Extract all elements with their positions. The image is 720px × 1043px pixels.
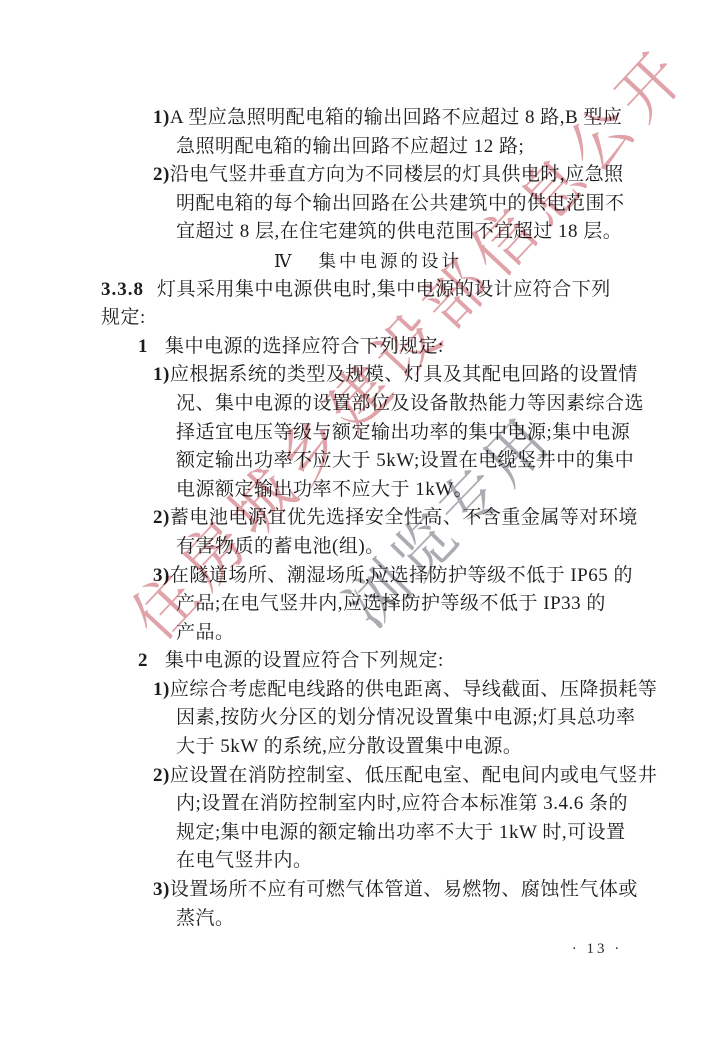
page-number: · 13 · [552, 941, 642, 958]
doc-line: 况、集中电源的设置部位及设备散热能力等因素综合选 [0, 390, 720, 419]
line-text: 在隧道场所、潮湿场所,应选择防护等级不低于 IP65 的 [170, 565, 633, 586]
line-text: 集中电源的设置应符合下列规定: [165, 650, 444, 671]
line-text: 规定;集中电源的额定输出功率不大于 1kW 时,可设置 [176, 822, 626, 843]
line-text: 应综合考虑配电线路的供电距离、导线截面、压降损耗等 [170, 679, 658, 700]
doc-line: 电源额定输出功率不应大于 1kW。 [0, 476, 720, 505]
doc-line: 宜超过 8 层,在住宅建筑的供电范围不宜超过 18 层。 [0, 218, 720, 247]
doc-line: 产品;在电气竖井内,应选择防护等级不低于 IP33 的 [0, 590, 720, 619]
line-text: 应设置在消防控制室、低压配电室、配电间内或电气竖井 [170, 765, 658, 786]
line-text: 因素,按防火分区的划分情况设置集中电源;灯具总功率 [176, 707, 636, 728]
line-text: 明配电箱的每个输出回路在公共建筑中的供电范围不 [176, 193, 625, 214]
doc-line: 3)在隧道场所、潮湿场所,应选择防护等级不低于 IP65 的 [0, 562, 720, 591]
line-number-label: 3) [153, 565, 170, 586]
doc-line: 规定: [0, 304, 720, 333]
doc-line: 内;设置在消防控制室内时,应符合本标准第 3.4.6 条的 [0, 790, 720, 819]
standard-document-page: 1)A 型应急照明配电箱的输出回路不应超过 8 路,B 型应急照明配电箱的输出回… [0, 0, 720, 1043]
doc-line: 额定输出功率不应大于 5kW;设置在电缆竖井中的集中 [0, 447, 720, 476]
line-number-label: 3.3.8 [101, 279, 144, 300]
line-text: 沿电气竖井垂直方向为不同楼层的灯具供电时,应急照 [170, 164, 624, 185]
line-text: 择适宜电压等级与额定输出功率的集中电源;集中电源 [176, 422, 630, 443]
line-text: 急照明配电箱的输出回路不应超过 12 路; [176, 136, 524, 157]
doc-line: 在电气竖井内。 [0, 847, 720, 876]
doc-line: 2集中电源的设置应符合下列规定: [0, 647, 720, 676]
line-text: 设置场所不应有可燃气体管道、易燃物、腐蚀性气体或 [170, 879, 638, 900]
line-text: A 型应急照明配电箱的输出回路不应超过 8 路,B 型应 [170, 107, 623, 128]
section-title: 集中电源的设计 [318, 251, 462, 271]
line-text: 有害物质的蓄电池(组)。 [176, 536, 385, 557]
line-text: 应根据系统的类型及规模、灯具及其配电回路的设置情 [170, 364, 638, 385]
line-number-label: 1 [138, 336, 148, 357]
doc-line: 规定;集中电源的额定输出功率不大于 1kW 时,可设置 [0, 819, 720, 848]
line-text: 蓄电池电源宜优先选择安全性高、不含重金属等对环境 [170, 507, 638, 528]
doc-line: 3.3.8灯具采用集中电源供电时,集中电源的设计应符合下列 [0, 276, 720, 305]
line-text: 电源额定输出功率不应大于 1kW。 [176, 479, 473, 500]
line-number-label: 3) [153, 879, 170, 900]
line-text: 宜超过 8 层,在住宅建筑的供电范围不宜超过 18 层。 [176, 221, 622, 242]
doc-line: 1)A 型应急照明配电箱的输出回路不应超过 8 路,B 型应 [0, 104, 720, 133]
line-number-label: 2 [138, 650, 148, 671]
doc-line: 2)应设置在消防控制室、低压配电室、配电间内或电气竖井 [0, 762, 720, 791]
line-number-label: 1) [153, 107, 170, 128]
doc-line: 择适宜电压等级与额定输出功率的集中电源;集中电源 [0, 419, 720, 448]
doc-line: 2)沿电气竖井垂直方向为不同楼层的灯具供电时,应急照 [0, 161, 720, 190]
doc-line: 急照明配电箱的输出回路不应超过 12 路; [0, 133, 720, 162]
line-text: 规定: [101, 307, 146, 328]
line-text: 集中电源的选择应符合下列规定: [165, 336, 444, 357]
line-text: 在电气竖井内。 [176, 850, 313, 871]
doc-line: 有害物质的蓄电池(组)。 [0, 533, 720, 562]
doc-line: 因素,按防火分区的划分情况设置集中电源;灯具总功率 [0, 704, 720, 733]
document-text-block: 1)A 型应急照明配电箱的输出回路不应超过 8 路,B 型应急照明配电箱的输出回… [0, 104, 720, 933]
doc-line: 大于 5kW 的系统,应分散设置集中电源。 [0, 733, 720, 762]
doc-line: 1集中电源的选择应符合下列规定: [0, 333, 720, 362]
doc-line: 产品。 [0, 619, 720, 648]
line-text: 内;设置在消防控制室内时,应符合本标准第 3.4.6 条的 [176, 793, 628, 814]
line-text: 大于 5kW 的系统,应分散设置集中电源。 [176, 736, 522, 757]
doc-line: 3)设置场所不应有可燃气体管道、易燃物、腐蚀性气体或 [0, 876, 720, 905]
section-numeral: Ⅳ [274, 251, 294, 271]
doc-line: 明配电箱的每个输出回路在公共建筑中的供电范围不 [0, 190, 720, 219]
line-text: 产品。 [176, 622, 235, 643]
line-number-label: 2) [153, 765, 170, 786]
line-number-label: 2) [153, 164, 170, 185]
line-text: 产品;在电气竖井内,应选择防护等级不低于 IP33 的 [176, 593, 606, 614]
line-text: 灯具采用集中电源供电时,集中电源的设计应符合下列 [157, 279, 611, 300]
line-text: 况、集中电源的设置部位及设备散热能力等因素综合选 [176, 393, 644, 414]
doc-line: 1)应综合考虑配电线路的供电距离、导线截面、压降损耗等 [0, 676, 720, 705]
doc-line: 2)蓄电池电源宜优先选择安全性高、不含重金属等对环境 [0, 504, 720, 533]
line-text: 蒸汽。 [176, 908, 235, 929]
doc-line: 蒸汽。 [0, 905, 720, 934]
line-number-label: 1) [153, 679, 170, 700]
line-text: 额定输出功率不应大于 5kW;设置在电缆竖井中的集中 [176, 450, 634, 471]
line-number-label: 1) [153, 364, 170, 385]
doc-line: 1)应根据系统的类型及规模、灯具及其配电回路的设置情 [0, 361, 720, 390]
line-number-label: 2) [153, 507, 170, 528]
section-heading: Ⅳ集中电源的设计 [0, 247, 720, 276]
